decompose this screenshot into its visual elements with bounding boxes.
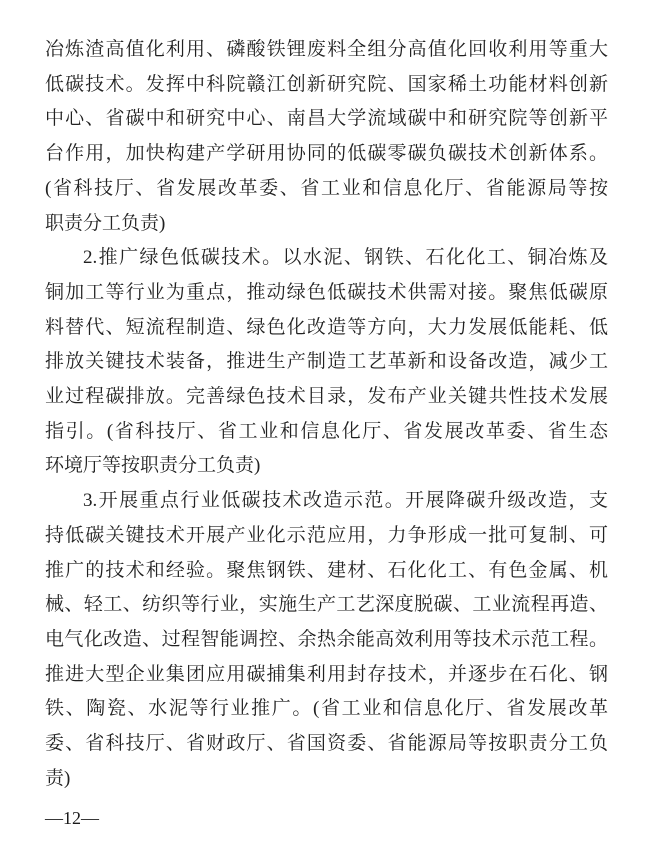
text-line: 铜加工等行业为重点，推动绿色低碳技术供需对接。聚焦低碳原: [45, 276, 608, 311]
document-page: 冶炼渣高值化利用、磷酸铁锂废料全组分高值化回收利用等重大 低碳技术。发挥中科院赣…: [0, 0, 654, 844]
text-line: 持低碳关键技术开展产业化示范应用，力争形成一批可复制、可: [45, 519, 608, 554]
document-body: 冶炼渣高值化利用、磷酸铁锂废料全组分高值化回收利用等重大 低碳技术。发挥中科院赣…: [45, 33, 608, 796]
text-line: 冶炼渣高值化利用、磷酸铁锂废料全组分高值化回收利用等重大: [45, 33, 608, 68]
text-line: 中心、省碳中和研究中心、南昌大学流域碳中和研究院等创新平: [45, 102, 608, 137]
text-line: 业过程碳排放。完善绿色技术目录，发布产业关键共性技术发展: [45, 380, 608, 415]
text-line: 责): [45, 762, 608, 797]
page-number: —12—: [45, 806, 99, 830]
text-line: (省科技厅、省发展改革委、省工业和信息化厅、省能源局等按: [45, 172, 608, 207]
text-line: 3.开展重点行业低碳技术改造示范。开展降碳升级改造，支: [45, 484, 608, 519]
text-line: 2.推广绿色低碳技术。以水泥、钢铁、石化化工、铜冶炼及: [45, 241, 608, 276]
text-line: 环境厅等按职责分工负责): [45, 449, 608, 484]
text-line: 电气化改造、过程智能调控、余热余能高效利用等技术示范工程。: [45, 623, 608, 658]
text-line: 推广的技术和经验。聚焦钢铁、建材、石化化工、有色金属、机: [45, 554, 608, 589]
text-line: 械、轻工、纺织等行业，实施生产工艺深度脱碳、工业流程再造、: [45, 588, 608, 623]
text-line: 低碳技术。发挥中科院赣江创新研究院、国家稀土功能材料创新: [45, 68, 608, 103]
text-line: 指引。(省科技厅、省工业和信息化厅、省发展改革委、省生态: [45, 415, 608, 450]
text-line: 推进大型企业集团应用碳捕集利用封存技术，并逐步在石化、钢: [45, 658, 608, 693]
text-line: 职责分工负责): [45, 207, 608, 242]
text-line: 铁、陶瓷、水泥等行业推广。(省工业和信息化厅、省发展改革: [45, 692, 608, 727]
text-line: 台作用，加快构建产学研用协同的低碳零碳负碳技术创新体系。: [45, 137, 608, 172]
text-line: 料替代、短流程制造、绿色化改造等方向，大力发展低能耗、低: [45, 311, 608, 346]
text-line: 委、省科技厅、省财政厅、省国资委、省能源局等按职责分工负: [45, 727, 608, 762]
text-line: 排放关键技术装备，推进生产制造工艺革新和设备改造，减少工: [45, 345, 608, 380]
